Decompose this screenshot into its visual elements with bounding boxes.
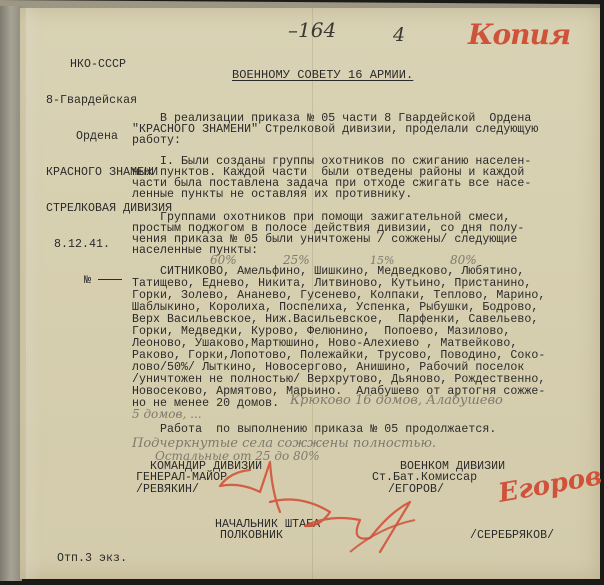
binding-spine <box>0 6 22 581</box>
villages-line-4: Шаблыкино, Королиха, Поспелиха, Успенка,… <box>132 302 538 314</box>
intro-line-2: "КРАСНОГО ЗНАМЕНИ" Стрелковой дивизии, п… <box>132 124 538 136</box>
villages-line-9: лово/50%/ Лыткино, Новосергово, Анишино,… <box>132 362 524 374</box>
villages-line-5: Верх Васильевское, Ниж.Васильевское, Пар… <box>132 314 538 326</box>
groups-line-4: населенные пункты: <box>132 245 258 257</box>
point1-line-4: ленные пункты не оставляя их противнику. <box>132 189 412 201</box>
commissar-title-2: Ст.Бат.Комиссар <box>372 472 477 484</box>
commander-title-2: ГЕНЕРАЛ-МАЙОР <box>136 472 227 484</box>
scanned-document-frame: НКО-СССР 8-Гвардейская Ордена КРАСНОГО З… <box>0 0 604 585</box>
org-name: НКО-СССР <box>46 59 172 71</box>
commander-name: /РЕВЯКИН/ <box>136 484 199 496</box>
villages-line-7: Леоново, Ушаково,Мартюшино, Ново-Алехиев… <box>132 338 517 350</box>
closing-line: Работа по выполнению приказа № 05 продол… <box>132 424 496 436</box>
villages-line-1: СИТНИКОВО, Амельфино, Шишкино, Медведков… <box>132 266 524 278</box>
commissar-name: /ЕГОРОВ/ <box>388 484 444 496</box>
intro-line-3: работу: <box>132 135 181 147</box>
villages-line-2: Татищево, Еднево, Никита, Литвиново, Кут… <box>132 278 531 290</box>
villages-line-6: Горки, Медведки, Курово, Фелюнино, Попое… <box>132 326 510 338</box>
handwritten-page-number: 4 <box>393 24 405 46</box>
handwritten-insert-2: 5 домов, ... <box>132 407 202 421</box>
villages-line-3: Горки, Золево, Ананево, Гусенево, Колпак… <box>132 290 545 302</box>
chief-of-staff-title-2: ПОЛКОВНИК <box>220 530 283 542</box>
villages-line-8: Раково, Горки,Лопотово, Полежайки, Трусо… <box>132 350 545 362</box>
handwritten-insert-1: Крюково 16 домов, Алабушево <box>290 393 503 408</box>
copy-stamp-handwritten: Копия <box>468 18 570 51</box>
addressee: ВОЕННОМУ СОВЕТУ 16 АРМИИ. <box>232 70 413 82</box>
division-line-1: 8-Гвардейская <box>46 95 172 107</box>
handwritten-number: –164 <box>288 18 336 42</box>
copies-note: Отп.3 экз. <box>57 553 127 565</box>
chief-of-staff-name: /СЕРЕБРЯКОВ/ <box>470 530 554 542</box>
villages-line-10: /уничтожен не полностью/ Верхрутово, Дья… <box>132 374 545 386</box>
